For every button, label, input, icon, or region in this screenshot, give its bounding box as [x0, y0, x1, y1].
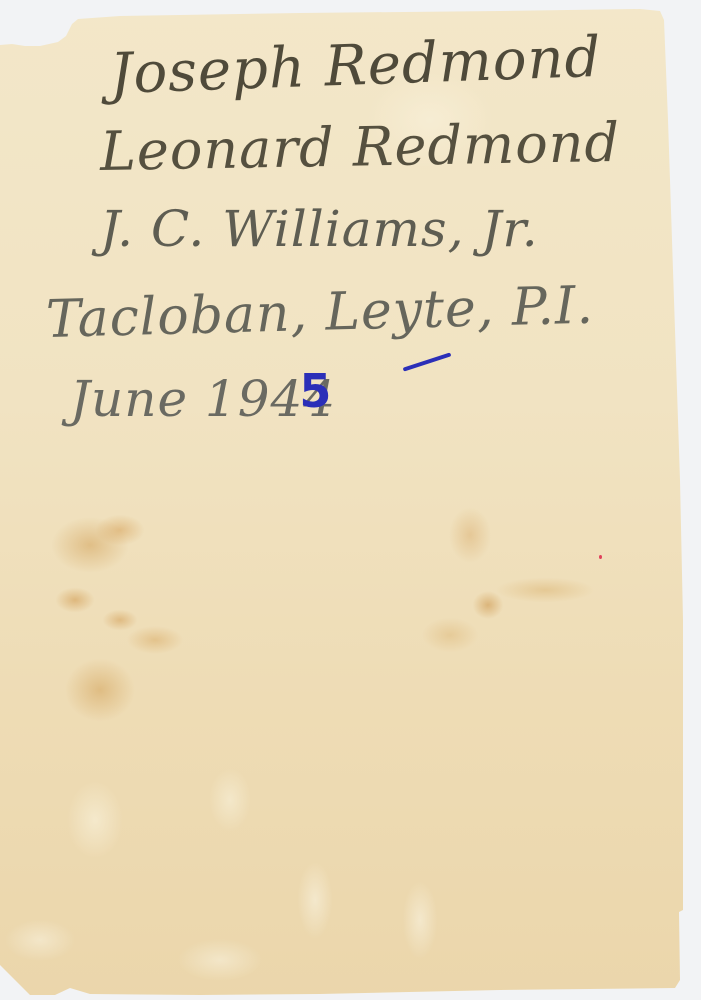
red-ink-speck [599, 555, 602, 559]
blue-ink-correction-digit: 5 [299, 364, 332, 418]
handwritten-name-jc-williams: J. C. Williams, Jr. [100, 200, 539, 258]
handwritten-name-leonard-redmond: Leonard Redmond [99, 111, 620, 183]
handwritten-date: June 19445 [70, 370, 336, 428]
date-last-digit: 45 [303, 370, 336, 428]
date-text: June 194 [70, 370, 303, 428]
